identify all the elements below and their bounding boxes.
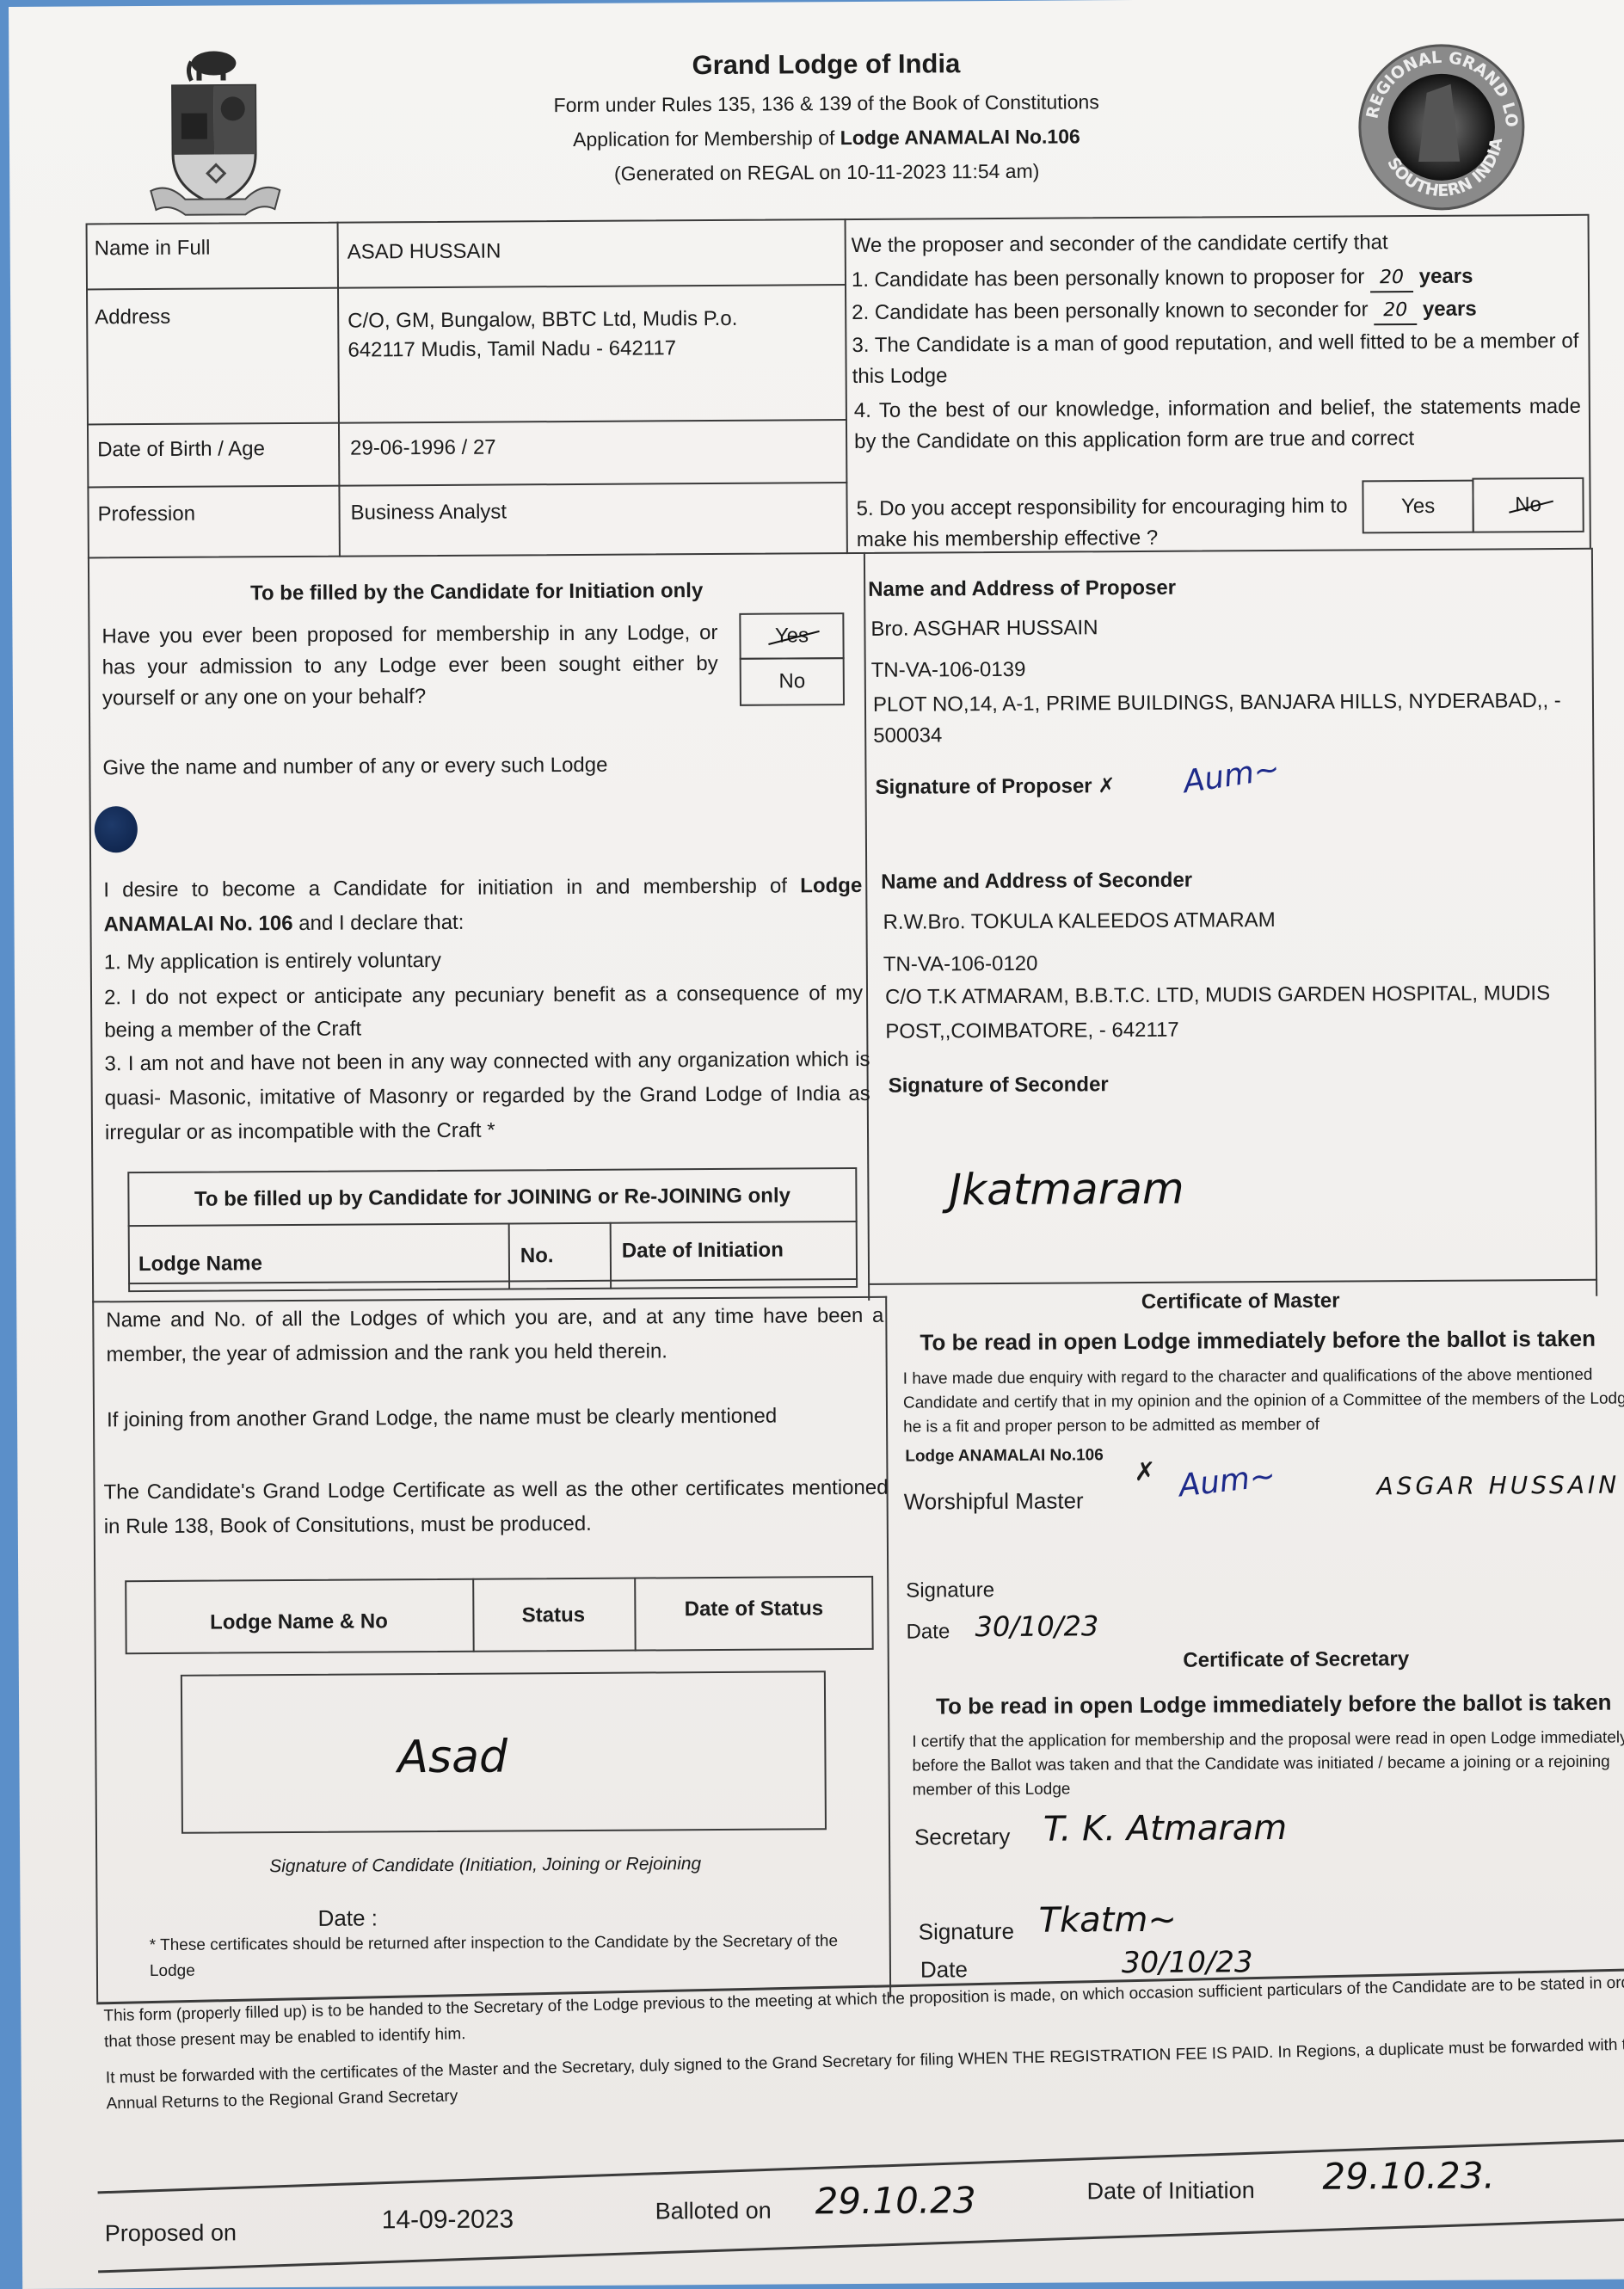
regional-grand-lodge-seal-logo: REGIONAL GRAND LODGE SOUTHERN INDIA bbox=[1350, 40, 1532, 213]
certify-item-2: 2. Candidate has been personally known t… bbox=[852, 296, 1477, 329]
seconder-years-value: 20 bbox=[1374, 298, 1417, 325]
secretary-date-label: Date bbox=[920, 1955, 968, 1984]
proposed-before-yes-checkbox[interactable]: Yes bbox=[739, 612, 844, 660]
form-subtitle: Form under Rules 135, 136 & 139 of the B… bbox=[371, 89, 1283, 118]
address-label: Address bbox=[95, 304, 170, 331]
candidate-date-label: Date : bbox=[317, 1904, 378, 1933]
certify-intro: We the proposer and seconder of the cand… bbox=[852, 229, 1388, 259]
declaration-item-2: 2. I do not expect or anticipate any pec… bbox=[104, 977, 863, 1047]
balloted-on-value: 29.10.23 bbox=[815, 2177, 975, 2225]
form-header: Grand Lodge of India Form under Rules 13… bbox=[370, 46, 1283, 198]
secretary-label: Secretary bbox=[914, 1823, 1010, 1852]
joining-col-no: No. bbox=[520, 1242, 554, 1269]
responsibility-no-checkbox[interactable]: No bbox=[1472, 477, 1584, 533]
seconder-address: C/O T.K ATMARAM, B.B.T.C. LTD, MUDIS GAR… bbox=[885, 976, 1599, 1049]
declaration-item-1: 1. My application is entirely voluntary bbox=[104, 947, 441, 976]
secretary-cert-subheading: To be read in open Lodge immediately bef… bbox=[936, 1689, 1612, 1722]
seconder-name: R.W.Bro. TOKULA KALEEDOS ATMARAM bbox=[883, 907, 1275, 936]
certify-item-4: 4. To the best of our knowledge, informa… bbox=[854, 391, 1581, 458]
dob-value: 29-06-1996 / 27 bbox=[350, 434, 496, 462]
status-col-lodge-name-no: Lodge Name & No bbox=[125, 1608, 472, 1637]
joining-col-lodge-name: Lodge Name bbox=[138, 1250, 262, 1277]
secretary-signature-label: Signature bbox=[919, 1917, 1015, 1947]
date-of-initiation-value: 29.10.23. bbox=[1322, 2152, 1495, 2200]
give-lodge-name-label: Give the name and number of any or every… bbox=[102, 752, 607, 782]
seconder-signature: Jkatmaram bbox=[949, 1161, 1184, 1219]
responsibility-yes-checkbox[interactable]: Yes bbox=[1362, 480, 1473, 534]
name-value: ASAD HUSSAIN bbox=[348, 238, 501, 266]
application-form-page: Grand Lodge of India Form under Rules 13… bbox=[9, 0, 1624, 2289]
master-cert-subheading: To be read in open Lodge immediately bef… bbox=[920, 1324, 1624, 1357]
proposer-name: Bro. ASGHAR HUSSAIN bbox=[870, 614, 1098, 643]
master-cert-body: I have made due enquiry with regard to t… bbox=[903, 1363, 1624, 1441]
secretary-cert-heading: Certificate of Secretary bbox=[888, 1644, 1624, 1676]
certify-item-5: 5. Do you accept responsibility for enco… bbox=[856, 490, 1355, 556]
secretary-cert-body: I certify that the application for membe… bbox=[912, 1726, 1624, 1804]
secretary-signature: Tkatm~ bbox=[1038, 1898, 1177, 1943]
proposed-before-no-checkbox[interactable]: No bbox=[740, 657, 845, 706]
master-cert-heading: Certificate of Master bbox=[885, 1286, 1596, 1317]
secretary-handwritten-name: T. K. Atmaram bbox=[1043, 1806, 1288, 1852]
seconder-reg-no: TN-VA-106-0120 bbox=[883, 951, 1038, 978]
master-date-label: Date bbox=[906, 1618, 950, 1645]
seconder-signature-label: Signature of Seconder bbox=[889, 1071, 1109, 1099]
application-line: Application for Membership of Lodge ANAM… bbox=[371, 124, 1283, 152]
punch-hole-icon bbox=[95, 806, 138, 852]
status-col-status: Status bbox=[472, 1602, 634, 1629]
dob-label: Date of Birth / Age bbox=[97, 435, 265, 463]
initiation-question: Have you ever been proposed for membersh… bbox=[101, 618, 718, 714]
master-cert-lodge: Lodge ANAMALAI No.106 bbox=[905, 1445, 1104, 1468]
secretary-date-value: 30/10/23 bbox=[1122, 1943, 1253, 1982]
candidate-signature: Asad bbox=[397, 1728, 507, 1787]
master-cross-icon: ✗ bbox=[1134, 1455, 1155, 1489]
certify-item-3: 3. The Candidate is a man of good reputa… bbox=[852, 326, 1578, 392]
lodges-info-para-1: Name and No. of all the Lodges of which … bbox=[106, 1299, 883, 1373]
generated-timestamp: (Generated on REGAL on 10-11-2023 11:54 … bbox=[371, 158, 1283, 187]
status-col-date-of-status: Date of Status bbox=[634, 1595, 873, 1623]
proposed-on-label: Proposed on bbox=[105, 2218, 237, 2249]
proposer-signature-label: Signature of Proposer ✗ bbox=[875, 772, 1115, 801]
master-handwritten-name: ASGAR HUSSAIN bbox=[1376, 1470, 1620, 1503]
balloted-on-label: Balloted on bbox=[655, 2196, 772, 2227]
proposer-signature: Aum~ bbox=[1181, 749, 1283, 803]
seconder-heading: Name and Address of Seconder bbox=[881, 867, 1192, 895]
proposer-address: PLOT NO,14, A-1, PRIME BUILDINGS, BANJAR… bbox=[873, 686, 1587, 752]
declaration-item-3: 3. I am not and have not been in any way… bbox=[104, 1043, 870, 1150]
joining-heading: To be filled up by Candidate for JOINING… bbox=[127, 1182, 857, 1213]
form-title: Grand Lodge of India bbox=[370, 46, 1282, 83]
address-value-line2: 642117 Mudis, Tamil Nadu - 642117 bbox=[348, 335, 676, 364]
joining-col-date: Date of Initiation bbox=[622, 1237, 784, 1264]
lodges-info-para-2: If joining from another Grand Lodge, the… bbox=[107, 1399, 884, 1438]
master-signature-label: Signature bbox=[906, 1577, 994, 1604]
initiation-heading: To be filled by the Candidate for Initia… bbox=[89, 576, 864, 608]
profession-value: Business Analyst bbox=[351, 498, 507, 526]
signature-cross-icon: ✗ bbox=[1098, 774, 1115, 797]
name-label: Name in Full bbox=[95, 235, 211, 262]
address-value-line1: C/O, GM, Bungalow, BBTC Ltd, Mudis P.o. bbox=[348, 305, 737, 335]
proposer-years-value: 20 bbox=[1370, 266, 1413, 292]
worshipful-master-label: Worshipful Master bbox=[904, 1486, 1084, 1517]
proposer-heading: Name and Address of Proposer bbox=[868, 575, 1176, 603]
candidate-signature-caption: Signature of Candidate (Initiation, Join… bbox=[269, 1852, 701, 1878]
profession-label: Profession bbox=[98, 501, 196, 528]
declaration-intro: I desire to become a Candidate for initi… bbox=[103, 869, 862, 942]
certificates-footnote: * These certificates should be returned … bbox=[150, 1929, 881, 1984]
proposer-reg-no: TN-VA-106-0139 bbox=[871, 656, 1026, 684]
master-date-value: 30/10/23 bbox=[975, 1609, 1098, 1645]
certify-item-1: 1. Candidate has been personally known t… bbox=[852, 263, 1473, 296]
master-signature: Aum~ bbox=[1177, 1456, 1277, 1507]
lodges-info-para-3: The Candidate's Grand Lodge Certificate … bbox=[103, 1471, 888, 1545]
date-of-initiation-label: Date of Initiation bbox=[1086, 2175, 1254, 2206]
grand-lodge-crest-logo bbox=[146, 44, 285, 225]
proposed-on-value: 14-09-2023 bbox=[382, 2202, 514, 2237]
